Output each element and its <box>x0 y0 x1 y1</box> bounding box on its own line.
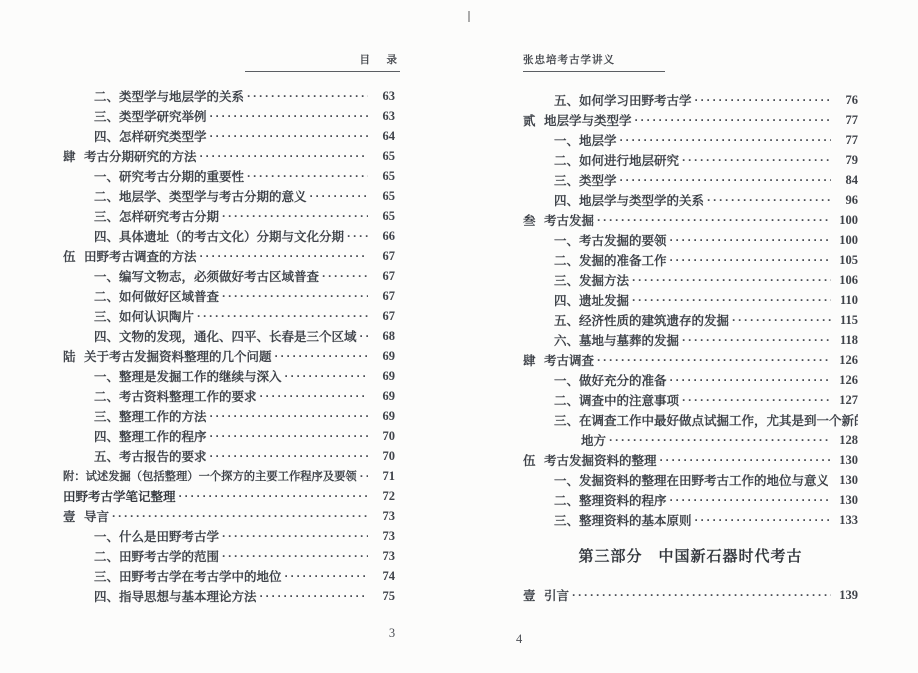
toc-entry: 壹 引言 139 <box>523 585 858 605</box>
toc-entry-page: 126 <box>834 373 858 388</box>
toc-entry: 三、 整理工作的方法 69 <box>63 406 395 426</box>
toc-column-right: 五、 如何学习田野考古学 76 贰 地层学与类型学 77 一、 地层学 77 二… <box>523 90 858 605</box>
toc-entry-title: 类型学 <box>579 171 617 189</box>
toc-entry: 三、 如何认识陶片 67 <box>63 306 395 326</box>
dot-leader <box>285 569 368 583</box>
toc-entry: 二、 类型学与地层学的关系 63 <box>63 86 395 106</box>
toc-entry-label: 一、 <box>554 371 579 389</box>
toc-entry: 三、 类型学研究举例 63 <box>63 106 395 126</box>
dot-leader <box>635 113 831 127</box>
toc-entry: 一、 整理是发掘工作的继续与深入 69 <box>63 366 395 386</box>
toc-entry-title: 整理资料的基本原则 <box>579 511 692 529</box>
toc-entry-label: 伍 <box>523 451 544 469</box>
toc-entry: 三、 整理资料的基本原则 133 <box>523 510 858 530</box>
toc-entry-title: 引言 <box>544 586 569 604</box>
page-number-right: 4 <box>516 632 540 647</box>
toc-entry-title: 地方 <box>581 431 606 449</box>
toc-entry-title: 类型学与地层学的关系 <box>119 87 244 105</box>
dot-leader <box>695 513 831 527</box>
toc-entry-title: 整理工作的方法 <box>119 407 207 425</box>
toc-entry-title: 考古报告的要求 <box>119 447 207 465</box>
toc-entry-label: 三、 <box>554 511 579 529</box>
toc-entry-page: 128 <box>834 433 858 448</box>
toc-entry-page: 100 <box>834 213 858 228</box>
toc-entry-label: 三、 <box>554 171 579 189</box>
toc-entry-page: 69 <box>371 389 395 404</box>
book-spread: 目 录 张忠培考古学讲义 二、 类型学与地层学的关系 63 三、 类型学研究举例… <box>0 0 918 673</box>
toc-entry-page: 65 <box>371 149 395 164</box>
toc-entry-label: 壹 <box>523 586 544 604</box>
toc-entry: 四、 指导思想与基本理论方法 75 <box>63 586 395 606</box>
dot-leader <box>247 169 368 183</box>
toc-entry-title: 地层学、类型学与考古分期的意义 <box>119 187 307 205</box>
section-heading: 第三部分 中国新石器时代考古 <box>523 544 858 570</box>
toc-entry-page: 63 <box>371 109 395 124</box>
dot-leader <box>200 249 368 263</box>
toc-entry-page: 65 <box>371 209 395 224</box>
toc-entry-page: 69 <box>371 369 395 384</box>
toc-entry-label: 四、 <box>94 427 119 445</box>
toc-entry-label: 一、 <box>94 367 119 385</box>
toc-entry: 二、 地层学、类型学与考古分期的意义 65 <box>63 186 395 206</box>
toc-entry-label: 三、 <box>554 271 579 289</box>
toc-entry: 伍 考古发掘资料的整理 130 <box>523 450 858 470</box>
dot-leader <box>682 393 831 407</box>
toc-entry: 叁 考古发掘 100 <box>523 210 858 230</box>
dot-leader <box>285 369 368 383</box>
toc-entry-label: 一、 <box>554 471 579 489</box>
toc-entry-label: 二、 <box>94 187 119 205</box>
toc-entry-page: 77 <box>834 113 858 128</box>
toc-entry-title: 附：试述发掘（包括整理）一个探方的主要工作程序及要领 <box>63 468 357 484</box>
toc-entry: 一、 什么是田野考古学 73 <box>63 526 395 546</box>
toc-entry-page: 96 <box>834 193 858 208</box>
dot-leader <box>222 549 368 563</box>
dot-leader <box>670 493 831 507</box>
toc-entry: 肆 考古分期研究的方法 65 <box>63 146 395 166</box>
toc-entry: 陆 关于考古发掘资料整理的几个问题 69 <box>63 346 395 366</box>
dot-leader <box>620 173 831 187</box>
toc-entry-page: 70 <box>371 449 395 464</box>
toc-entry-title: 地层学与类型学 <box>544 111 632 129</box>
toc-entry-title: 文物的发现，通化、四平、长春是三个区域 <box>119 327 357 345</box>
toc-entry-title: 具体遗址（的考古文化）分期与文化分期 <box>119 227 344 245</box>
toc-entry: 田野考古学笔记整理 72 <box>63 486 395 506</box>
toc-entry: 贰 地层学与类型学 77 <box>523 110 858 130</box>
toc-entry-page: 130 <box>834 453 858 468</box>
toc-entry: 三、 田野考古学在考古学中的地位 74 <box>63 566 395 586</box>
dot-leader <box>660 453 831 467</box>
toc-entry-page: 110 <box>834 293 858 308</box>
dot-leader <box>222 289 368 303</box>
dot-leader <box>670 253 831 267</box>
toc-entry-label: 二、 <box>554 251 579 269</box>
toc-entry-label: 一、 <box>554 131 579 149</box>
toc-entry-title: 发掘的准备工作 <box>579 251 667 269</box>
toc-entry-label: 二、 <box>94 287 119 305</box>
dot-leader <box>322 269 368 283</box>
toc-entry-page: 127 <box>834 393 858 408</box>
toc-entry-page: 67 <box>371 289 395 304</box>
toc-entry-label: 二、 <box>554 151 579 169</box>
dot-leader <box>597 213 831 227</box>
toc-entry-label: 五、 <box>94 447 119 465</box>
toc-entry: 三、 类型学 84 <box>523 170 858 190</box>
toc-entry-title: 整理是发掘工作的继续与深入 <box>119 367 282 385</box>
toc-entry-title: 田野考古调查的方法 <box>84 247 197 265</box>
toc-entry-page: 106 <box>834 273 858 288</box>
toc-entry-page: 66 <box>371 229 395 244</box>
toc-entry-page: 65 <box>371 169 395 184</box>
toc-entry: 二、 调查中的注意事项 127 <box>523 390 858 410</box>
toc-entry-title: 发掘方法 <box>579 271 629 289</box>
toc-entry: 二、 如何进行地层研究 79 <box>523 150 858 170</box>
toc-entry: 五、 经济性质的建筑遗存的发掘 115 <box>523 310 858 330</box>
toc-entry-page: 118 <box>834 333 858 348</box>
toc-entry-title: 如何认识陶片 <box>119 307 194 325</box>
dot-leader <box>112 509 368 523</box>
toc-entry-page: 130 <box>834 493 858 508</box>
dot-leader <box>210 449 368 463</box>
dot-leader <box>360 329 368 343</box>
toc-entry: 三、 发掘方法 106 <box>523 270 858 290</box>
dot-leader <box>210 409 368 423</box>
toc-entry-title: 做好充分的准备 <box>579 371 667 389</box>
toc-entry-page: 73 <box>371 509 395 524</box>
toc-entry-label: 一、 <box>94 267 119 285</box>
dot-leader <box>347 229 368 243</box>
dot-leader <box>222 529 368 543</box>
toc-entry-title: 导言 <box>84 507 109 525</box>
dot-leader <box>360 469 368 483</box>
toc-entry-label: 一、 <box>94 527 119 545</box>
toc-entry: 一、 研究考古分期的重要性 65 <box>63 166 395 186</box>
toc-entry-title: 在调查工作中最好做点试掘工作，尤其是到一个新的 <box>579 411 858 429</box>
toc-entry-label: 肆 <box>63 147 84 165</box>
dot-leader <box>682 153 831 167</box>
toc-entry-title: 编写文物志，必须做好考古区域普查 <box>119 267 319 285</box>
toc-entry: 二、 如何做好区域普查 67 <box>63 286 395 306</box>
toc-entry-title: 考古调查 <box>544 351 594 369</box>
toc-entry: 三、 在调查工作中最好做点试掘工作，尤其是到一个新的 <box>523 410 858 430</box>
toc-entry-title: 遗址发掘 <box>579 291 629 309</box>
toc-entry-page: 100 <box>834 233 858 248</box>
toc-entry-label: 二、 <box>554 491 579 509</box>
toc-entry-label: 五、 <box>554 91 579 109</box>
dot-leader <box>222 209 368 223</box>
toc-entry: 一、 发掘资料的整理在田野考古工作的地位与意义 130 <box>523 470 858 490</box>
dot-leader <box>695 93 831 107</box>
toc-entry: 二、 考古资料整理工作的要求 69 <box>63 386 395 406</box>
toc-entry-page: 75 <box>371 589 395 604</box>
toc-entry-label: 四、 <box>94 127 119 145</box>
dot-leader <box>210 129 368 143</box>
dot-leader <box>597 353 831 367</box>
dot-leader <box>609 433 831 447</box>
toc-entry-label: 二、 <box>94 547 119 565</box>
toc-entry: 四、 怎样研究类型学 64 <box>63 126 395 146</box>
toc-entry-label: 四、 <box>94 327 119 345</box>
toc-entry: 六、 墓地与墓葬的发掘 118 <box>523 330 858 350</box>
toc-entry-title: 类型学研究举例 <box>119 107 207 125</box>
toc-entry-page: 72 <box>371 489 395 504</box>
toc-entry: 一、 做好充分的准备 126 <box>523 370 858 390</box>
toc-entry-title: 如何做好区域普查 <box>119 287 219 305</box>
dot-leader <box>210 109 368 123</box>
dot-leader <box>732 313 831 327</box>
toc-entry-label: 二、 <box>554 391 579 409</box>
toc-entry-title: 调查中的注意事项 <box>579 391 679 409</box>
running-head-left: 目 录 <box>245 52 400 72</box>
toc-entry-page: 105 <box>834 253 858 268</box>
toc-entry-page: 133 <box>834 513 858 528</box>
toc-entry-label: 六、 <box>554 331 579 349</box>
toc-entry-title: 田野考古学笔记整理 <box>63 487 176 505</box>
dot-leader <box>210 429 368 443</box>
dot-leader <box>275 349 368 363</box>
toc-entry-title: 考古分期研究的方法 <box>84 147 197 165</box>
dot-leader <box>670 233 831 247</box>
toc-entry-label: 四、 <box>554 291 579 309</box>
toc-entry: 五、 考古报告的要求 70 <box>63 446 395 466</box>
gutter-fold-mark <box>468 11 470 22</box>
toc-entry-label: 三、 <box>94 567 119 585</box>
toc-entry-label: 三、 <box>94 107 119 125</box>
toc-entry-page: 68 <box>371 329 395 344</box>
toc-entry-title: 什么是田野考古学 <box>119 527 219 545</box>
toc-entry-title: 经济性质的建筑遗存的发掘 <box>579 311 729 329</box>
dot-leader <box>247 89 368 103</box>
toc-entry-title: 怎样研究类型学 <box>119 127 207 145</box>
dot-leader <box>572 588 831 602</box>
toc-entry-title: 研究考古分期的重要性 <box>119 167 244 185</box>
toc-entry: 四、 文物的发现，通化、四平、长春是三个区域 68 <box>63 326 395 346</box>
toc-entry-label: 三、 <box>94 407 119 425</box>
toc-entry-page: 67 <box>371 249 395 264</box>
toc-entry-page: 84 <box>834 173 858 188</box>
toc-entry: 四、 地层学与类型学的关系 96 <box>523 190 858 210</box>
toc-entry-page: 77 <box>834 133 858 148</box>
toc-list-left: 二、 类型学与地层学的关系 63 三、 类型学研究举例 63 四、 怎样研究类型… <box>63 86 395 606</box>
toc-entry-label: 三、 <box>554 411 579 429</box>
toc-entry-title: 地层学与类型学的关系 <box>579 191 704 209</box>
toc-entry-page: 115 <box>834 313 858 328</box>
toc-entry-page: 69 <box>371 349 395 364</box>
toc-entry: 地方 128 <box>523 430 858 450</box>
dot-leader <box>632 273 831 287</box>
dot-leader <box>179 489 368 503</box>
toc-entry: 伍 田野考古调查的方法 67 <box>63 246 395 266</box>
toc-entry-page: 139 <box>834 588 858 603</box>
toc-column-left: 二、 类型学与地层学的关系 63 三、 类型学研究举例 63 四、 怎样研究类型… <box>63 86 395 606</box>
toc-entry-label: 四、 <box>94 227 119 245</box>
toc-entry-title: 整理资料的程序 <box>579 491 667 509</box>
dot-leader <box>620 133 831 147</box>
toc-entry: 二、 田野考古学的范围 73 <box>63 546 395 566</box>
toc-entry: 壹 导言 73 <box>63 506 395 526</box>
toc-entry-page: 73 <box>371 529 395 544</box>
toc-entry-label: 二、 <box>94 87 119 105</box>
toc-entry: 二、 发掘的准备工作 105 <box>523 250 858 270</box>
dot-leader <box>632 293 831 307</box>
toc-entry-label: 五、 <box>554 311 579 329</box>
toc-entry-title: 考古发掘 <box>544 211 594 229</box>
toc-entry-page: 67 <box>371 309 395 324</box>
toc-entry: 五、 如何学习田野考古学 76 <box>523 90 858 110</box>
toc-entry-label: 二、 <box>94 387 119 405</box>
toc-entry-label: 一、 <box>94 167 119 185</box>
dot-leader <box>707 193 831 207</box>
toc-entry-page: 71 <box>371 469 395 484</box>
toc-entry: 四、 遗址发掘 110 <box>523 290 858 310</box>
dot-leader <box>682 333 831 347</box>
toc-entry-title: 墓地与墓葬的发掘 <box>579 331 679 349</box>
toc-entry-page: 64 <box>371 129 395 144</box>
toc-entry-page: 76 <box>834 93 858 108</box>
toc-entry: 一、 地层学 77 <box>523 130 858 150</box>
toc-entry-title: 整理工作的程序 <box>119 427 207 445</box>
toc-entry-title: 田野考古学的范围 <box>119 547 219 565</box>
toc-entry-label: 陆 <box>63 347 84 365</box>
toc-list-right-after: 壹 引言 139 <box>523 585 858 605</box>
toc-entry-page: 69 <box>371 409 395 424</box>
toc-entry-title: 关于考古发掘资料整理的几个问题 <box>84 347 272 365</box>
toc-entry-label: 肆 <box>523 351 544 369</box>
toc-entry-title: 考古发掘的要领 <box>579 231 667 249</box>
toc-entry-label: 一、 <box>554 231 579 249</box>
toc-entry-page: 130 <box>834 473 858 488</box>
toc-entry-title: 怎样研究考古分期 <box>119 207 219 225</box>
toc-entry-title: 考古发掘资料的整理 <box>544 451 657 469</box>
toc-entry-title: 田野考古学在考古学中的地位 <box>119 567 282 585</box>
dot-leader <box>260 589 368 603</box>
toc-entry-page: 70 <box>371 429 395 444</box>
dot-leader <box>670 373 831 387</box>
toc-entry: 三、 怎样研究考古分期 65 <box>63 206 395 226</box>
toc-entry-label: 叁 <box>523 211 544 229</box>
toc-entry-label: 三、 <box>94 207 119 225</box>
toc-entry-page: 73 <box>371 549 395 564</box>
dot-leader <box>200 149 368 163</box>
toc-entry-page: 67 <box>371 269 395 284</box>
toc-entry-page: 63 <box>371 89 395 104</box>
toc-entry-label: 四、 <box>554 191 579 209</box>
toc-entry: 四、 整理工作的程序 70 <box>63 426 395 446</box>
toc-entry: 二、 整理资料的程序 130 <box>523 490 858 510</box>
toc-entry-label: 三、 <box>94 307 119 325</box>
running-head-right: 张忠培考古学讲义 <box>523 52 665 72</box>
toc-entry-page: 74 <box>371 569 395 584</box>
toc-entry-title: 考古资料整理工作的要求 <box>119 387 257 405</box>
toc-entry-title: 发掘资料的整理在田野考古工作的地位与意义 <box>579 471 828 489</box>
toc-entry-label: 壹 <box>63 507 84 525</box>
toc-entry-page: 79 <box>834 153 858 168</box>
toc-list-right: 五、 如何学习田野考古学 76 贰 地层学与类型学 77 一、 地层学 77 二… <box>523 90 858 530</box>
dot-leader <box>260 389 368 403</box>
page-number-left: 3 <box>380 626 404 641</box>
toc-entry-label: 四、 <box>94 587 119 605</box>
toc-entry-page: 126 <box>834 353 858 368</box>
toc-entry: 一、 考古发掘的要领 100 <box>523 230 858 250</box>
toc-entry: 附：试述发掘（包括整理）一个探方的主要工作程序及要领 71 <box>63 466 395 486</box>
toc-entry-title: 如何学习田野考古学 <box>579 91 692 109</box>
toc-entry: 肆 考古调查 126 <box>523 350 858 370</box>
toc-entry-page: 65 <box>371 189 395 204</box>
toc-entry-label: 伍 <box>63 247 84 265</box>
toc-entry-title: 地层学 <box>579 131 617 149</box>
dot-leader <box>197 309 368 323</box>
dot-leader <box>310 189 368 203</box>
toc-entry: 一、 编写文物志，必须做好考古区域普查 67 <box>63 266 395 286</box>
toc-entry: 四、 具体遗址（的考古文化）分期与文化分期 66 <box>63 226 395 246</box>
toc-entry-title: 如何进行地层研究 <box>579 151 679 169</box>
toc-entry-label: 贰 <box>523 111 544 129</box>
toc-entry-title: 指导思想与基本理论方法 <box>119 587 257 605</box>
